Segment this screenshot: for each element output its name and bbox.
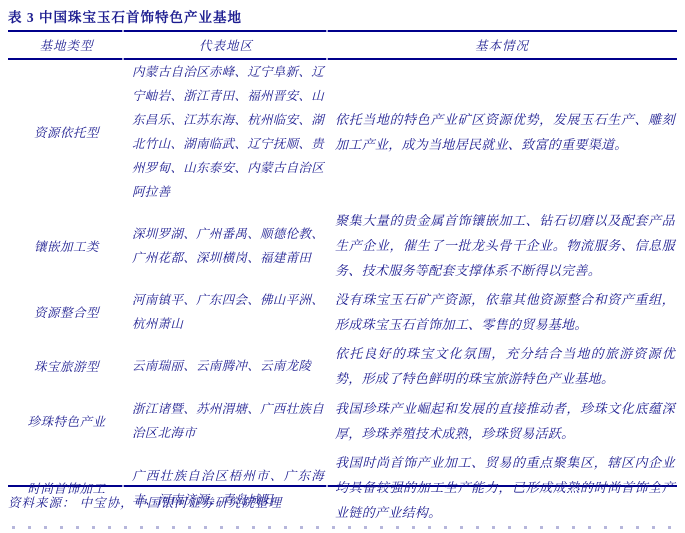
table-header-row: 基地类型 代表地区 基本情况	[8, 32, 677, 58]
table-row: 资源依托型 内蒙古自治区赤峰、辽宁阜新、辽宁岫岩、浙江青田、福州晋安、山东昌乐、…	[8, 58, 677, 206]
cell-regions: 深圳罗湖、广州番禺、顺德伦教、广州花都、深圳横岗、福建莆田	[125, 206, 327, 285]
cell-regions: 河南镇平、广东四会、佛山平洲、杭州萧山	[125, 285, 327, 339]
cell-regions: 广西壮族自治区梧州市、广东海丰、河南济源、青岛城阳	[125, 448, 327, 527]
cell-regions: 浙江诸暨、苏州渭塘、广西壮族自治区北海市	[125, 393, 327, 448]
cell-base-type: 资源依托型	[8, 58, 125, 206]
table-title: 表 3 中国珠宝玉石首饰特色产业基地	[8, 6, 242, 26]
cell-overview: 依托良好的珠宝文化氛围，充分结合当地的旅游资源优势，形成了特色鲜明的珠宝旅游特色…	[327, 339, 677, 393]
cell-overview: 没有珠宝玉石矿产资源，依靠其他资源整合和资产重组，形成珠宝玉石首饰加工、零售的贸…	[327, 285, 677, 339]
cutoff-text-remnant	[12, 526, 677, 529]
column-header-base-type: 基地类型	[8, 32, 125, 58]
cell-regions: 云南瑞丽、云南腾冲、云南龙陵	[125, 339, 327, 393]
cell-base-type: 时尚首饰加工	[8, 448, 125, 527]
cell-overview: 我国珍珠产业崛起和发展的直接推动者，珍珠文化底蕴深厚，珍珠养殖技术成熟，珍珠贸易…	[327, 393, 677, 448]
cell-base-type: 珍珠特色产业	[8, 393, 125, 448]
table-row: 珠宝旅游型 云南瑞丽、云南腾冲、云南龙陵 依托良好的珠宝文化氛围，充分结合当地的…	[8, 339, 677, 393]
cell-regions: 内蒙古自治区赤峰、辽宁阜新、辽宁岫岩、浙江青田、福州晋安、山东昌乐、江苏东海、杭…	[125, 58, 327, 206]
table-row: 珍珠特色产业 浙江诸暨、苏州渭塘、广西壮族自治区北海市 我国珍珠产业崛起和发展的…	[8, 393, 677, 448]
cell-base-type: 资源整合型	[8, 285, 125, 339]
report-page: 表 3 中国珠宝玉石首饰特色产业基地 基地类型 代表地区 基本情况 资源依托型 …	[0, 0, 685, 533]
column-header-overview: 基本情况	[327, 32, 677, 58]
table-row: 资源整合型 河南镇平、广东四会、佛山平洲、杭州萧山 没有珠宝玉石矿产资源，依靠其…	[8, 285, 677, 339]
column-header-regions: 代表地区	[125, 32, 327, 58]
cell-base-type: 珠宝旅游型	[8, 339, 125, 393]
industry-base-table: 基地类型 代表地区 基本情况 资源依托型 内蒙古自治区赤峰、辽宁阜新、辽宁岫岩、…	[8, 32, 677, 527]
table-row: 镶嵌加工类 深圳罗湖、广州番禺、顺德伦教、广州花都、深圳横岗、福建莆田 聚集大量…	[8, 206, 677, 285]
cell-overview: 依托当地的特色产业矿区资源优势，发展玉石生产、雕刻加工产业，成为当地居民就业、致…	[327, 58, 677, 206]
source-note: 资料来源： 中宝协，中国银河证券研究院整理	[8, 493, 282, 511]
cell-overview: 我国时尚首饰产业加工、贸易的重点聚集区，辖区内企业均具备较强的加工生产能力，已形…	[327, 448, 677, 527]
cell-base-type: 镶嵌加工类	[8, 206, 125, 285]
table-row: 时尚首饰加工 广西壮族自治区梧州市、广东海丰、河南济源、青岛城阳 我国时尚首饰产…	[8, 448, 677, 527]
cell-overview: 聚集大量的贵金属首饰镶嵌加工、钻石切磨以及配套产品生产企业，催生了一批龙头骨干企…	[327, 206, 677, 285]
